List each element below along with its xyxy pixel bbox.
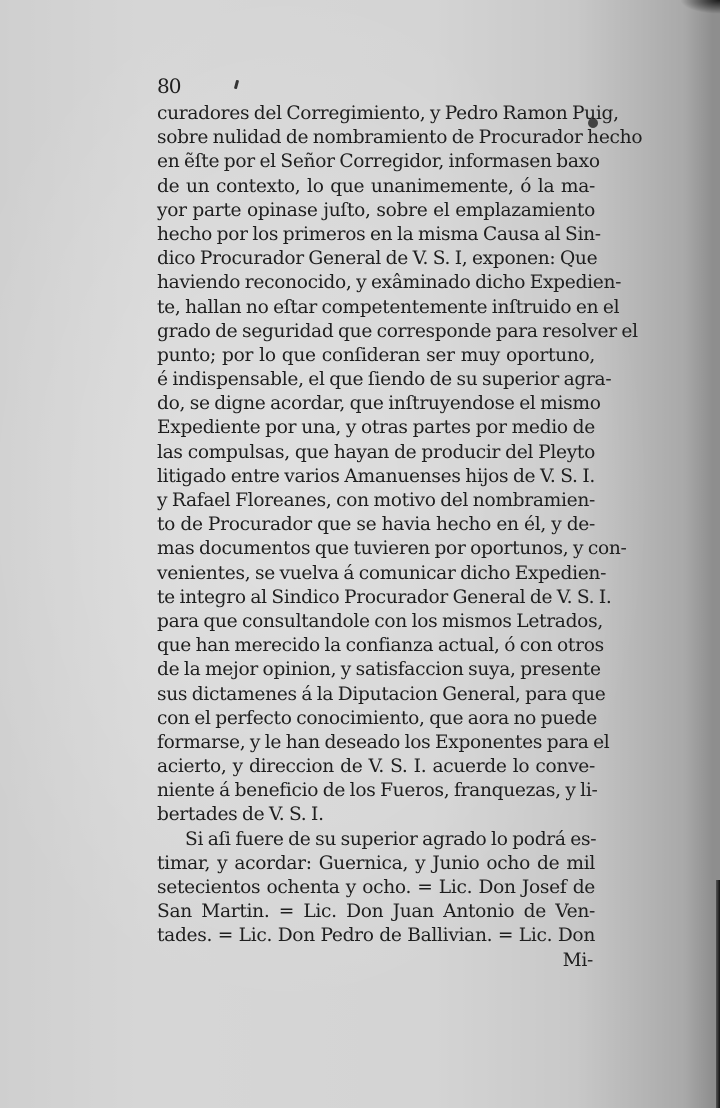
text-line: niente á beneficio de los Fueros, franqu… [157,779,595,803]
text-line: las compulsas, que hayan de producir del… [157,441,595,465]
text-line: Expediente por una, y otras partes por m… [157,416,595,440]
text-line: do, se digne acordar, que inſtruyendose … [157,392,595,416]
page-corner-shadow [680,0,720,14]
scanned-page: 80 curadores del Corregimiento, y Pedro … [0,0,720,1108]
text-line: de un contexto, lo que unanimemente, ó l… [157,175,595,199]
text-line: mas documentos que tuvieren por oportuno… [157,537,595,561]
text-line: que han merecido la confianza actual, ó … [157,634,595,658]
text-line: é indispensable, el que ſiendo de su sup… [157,368,595,392]
text-line: yor parte opinase juſto, sobre el emplaz… [157,199,595,223]
page-number: 80 [157,74,595,102]
text-line: punto; por lo que conſideran ser muy opo… [157,344,595,368]
page-edge-shadow [716,880,720,1108]
paragraph-1: curadores del Corregimiento, y Pedro Ram… [157,102,595,828]
text-line: te integro al Sindico Procurador General… [157,586,595,610]
text-line: curadores del Corregimiento, y Pedro Ram… [157,102,595,126]
text-line: formarse, y le han deseado los Exponente… [157,731,595,755]
text-line: en ẽſte por el Señor Corregidor, informa… [157,150,595,174]
text-line: San Martin. = Lic. Don Juan Antonio de V… [157,900,595,924]
text-line: Si aſi fuere de su superior agrado lo po… [157,828,595,852]
text-block: 80 curadores del Corregimiento, y Pedro … [157,74,595,973]
text-line: grado de seguridad que corresponde para … [157,320,595,344]
text-line: acierto, y direccion de V. S. I. acuerde… [157,755,595,779]
text-line: con el perfecto conocimiento, que aora n… [157,707,595,731]
text-line: dico Procurador General de V. S. I, expo… [157,247,595,271]
text-line: litigado entre varios Amanuenses hijos d… [157,465,595,489]
text-line: sus dictamenes á la Diputacion General, … [157,683,595,707]
text-line: haviendo reconocido, y exâminado dicho E… [157,271,595,295]
text-line: venientes, se vuelva á comunicar dicho E… [157,562,595,586]
text-line: setecientos ochenta y ocho. = Lic. Don J… [157,876,595,900]
text-line: tades. = Lic. Don Pedro de Ballivian. = … [157,924,595,948]
text-line: y Rafael Floreanes, con motivo del nombr… [157,489,595,513]
text-line: timar, y acordar: Guernica, y Junio ocho… [157,852,595,876]
paragraph-2: Si aſi fuere de su superior agrado lo po… [157,828,595,949]
text-line: hecho por los primeros en la misma Causa… [157,223,595,247]
catchword: Mi- [157,949,595,973]
text-line: te, hallan no eſtar competentemente inſt… [157,296,595,320]
text-line: bertades de V. S. I. [157,803,595,827]
text-line: to de Procurador que se havia hecho en é… [157,513,595,537]
text-line: para que consultandole con los mismos Le… [157,610,595,634]
text-line: sobre nulidad de nombramiento de Procura… [157,126,595,150]
text-line: de la mejor opinion, y satisfaccion suya… [157,658,595,682]
